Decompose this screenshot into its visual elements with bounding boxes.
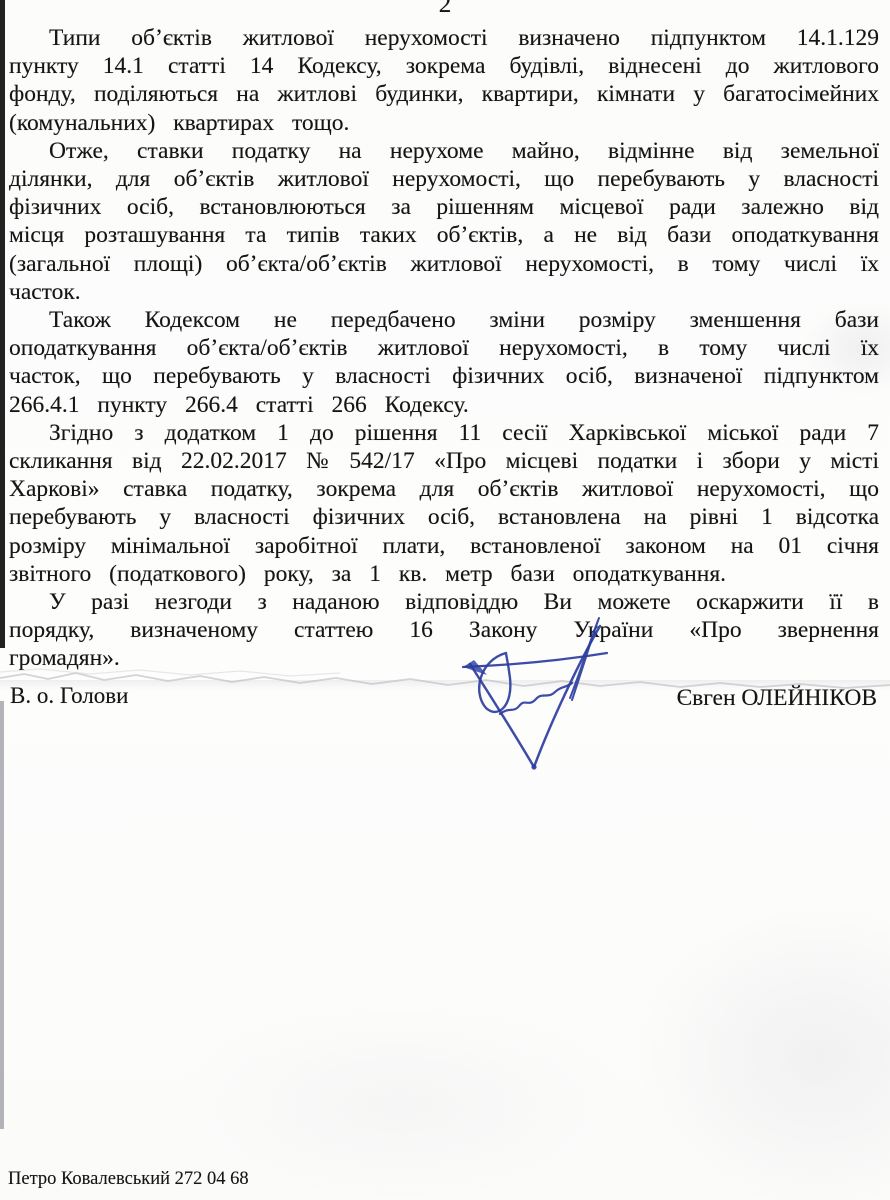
paragraph-no-base-change: Також Кодексом не передбачено зміни розм…: [9, 306, 879, 419]
page-number: 2: [0, 0, 890, 19]
paragraph-tax-rates: Отже, ставки податку на нерухоме майно, …: [9, 137, 879, 306]
signature-ink-dot: [531, 764, 536, 769]
paragraph-types-of-objects: Типи об’єктів житлової нерухомості визна…: [9, 24, 879, 137]
handwritten-signature-icon: [452, 612, 622, 787]
signature-stroke-v: [470, 626, 600, 767]
paragraph-kharkiv-decision: Згідно з додатком 1 до рішення 11 сесії …: [9, 419, 879, 588]
document-page: 2 Типи об’єктів житлової нерухомості виз…: [0, 0, 890, 1200]
letter-body: Типи об’єктів житлової нерухомості визна…: [9, 24, 879, 673]
footer-contact: Петро Ковалевський 272 04 68: [8, 1169, 249, 1190]
scan-edge-strip-light: [0, 701, 4, 1129]
scan-edge-strip-dark: [0, 0, 5, 648]
signature-stroke-tall-loop: [570, 618, 599, 700]
signoff-name: Євген ОЛЕЙНІКОВ: [677, 685, 877, 712]
signoff-title: В. о. Голови: [10, 683, 128, 709]
scan-speck: [168, 43, 171, 46]
